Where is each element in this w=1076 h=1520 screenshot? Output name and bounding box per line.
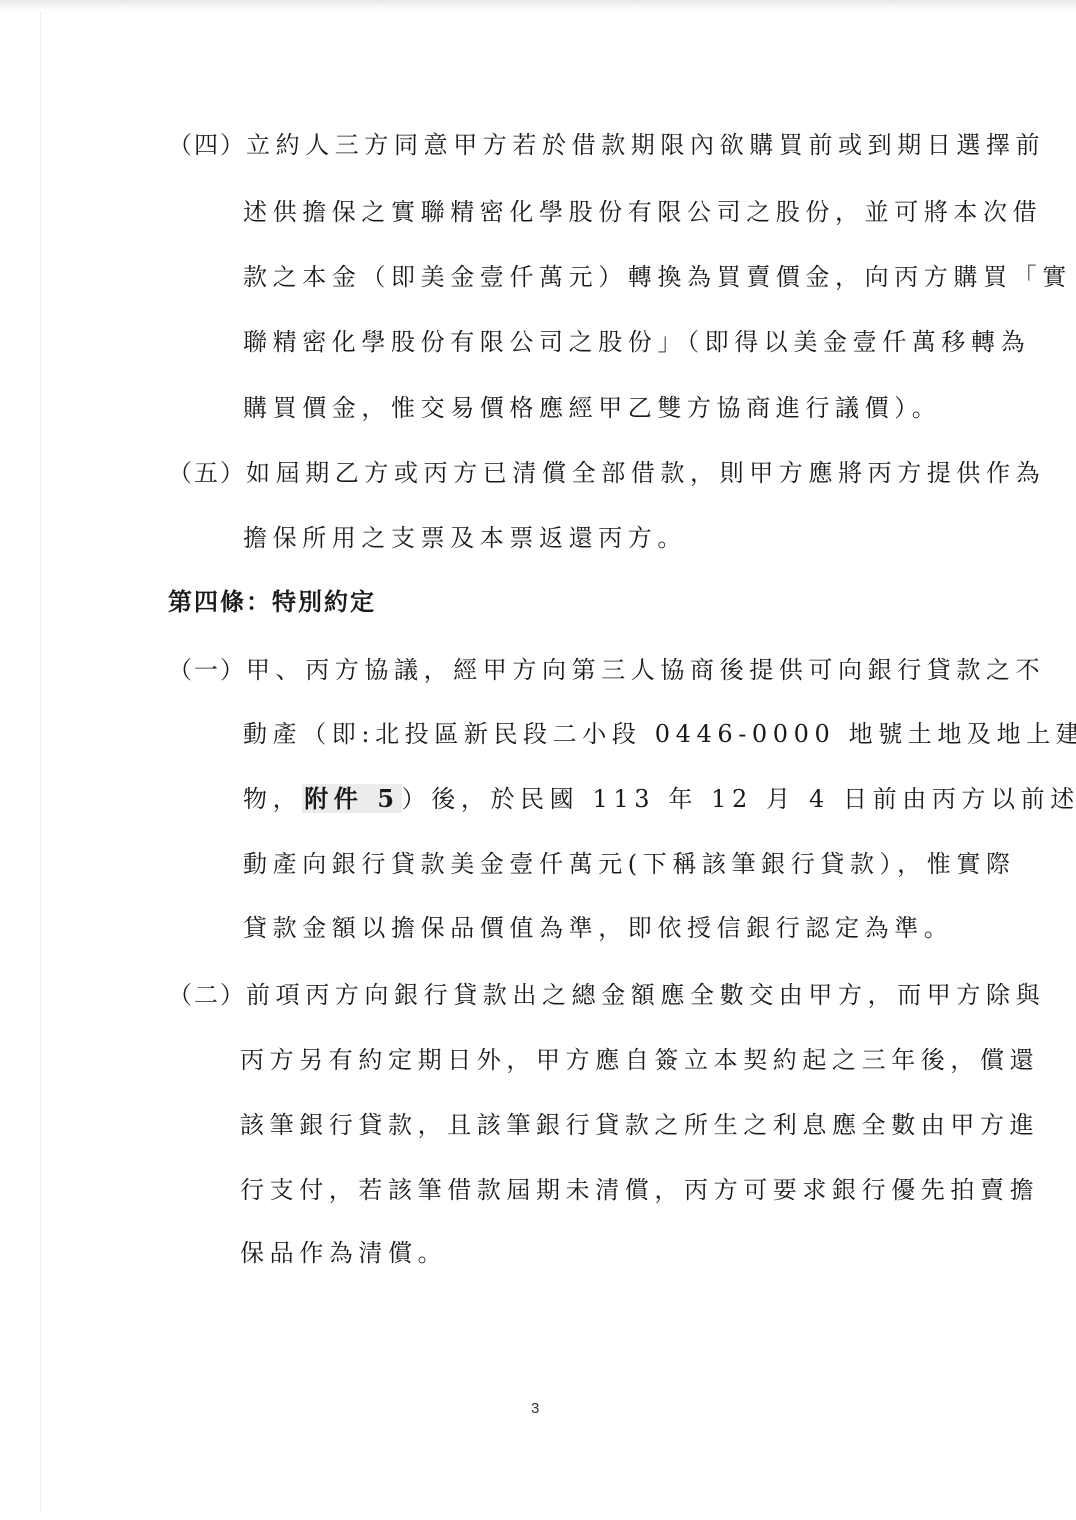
article-item-2-line-4: 行支付，若該筆借款屆期未清償，丙方可要求銀行優先拍賣擔 [240,1175,1039,1205]
article-item-2-line-2: 丙方另有約定期日外，甲方應自簽立本契約起之三年後，償還 [240,1045,1039,1075]
clause-label: （五） [168,458,246,488]
line-suffix: ）後，於民國 113 年 12 月 4 日前由丙方以前述不 [402,785,1076,813]
item-text: 甲、丙方協議，經甲方向第三人協商後提供可向銀行貸款之不 [246,656,1045,684]
item-text: 前項丙方向銀行貸款出之總金額應全數交由甲方，而甲方除與 [246,981,1045,1009]
article-item-1-line-5: 貸款金額以擔保品價值為準，即依授信銀行認定為準。 [243,913,953,943]
article-heading: 第四條：特別約定 [168,587,376,617]
clause-text: 如屆期乙方或丙方已清償全部借款，則甲方應將丙方提供作為 [246,459,1045,487]
clause-text: 立約人三方同意甲方若於借款期限內欲購買前或到期日選擇前 [246,131,1045,159]
item-label: （一） [168,655,246,685]
article-item-1-line-4: 動產向銀行貸款美金壹仟萬元(下稱該筆銀行貸款），惟實際 [243,849,1016,879]
clause-4-line-3: 款之本金（即美金壹仟萬元）轉換為買賣價金，向丙方購買「實 [243,262,1072,292]
clause-4-line-1: （四）立約人三方同意甲方若於借款期限內欲購買前或到期日選擇前 [168,130,1045,160]
clause-5-line-2: 擔保所用之支票及本票返還丙方。 [243,523,687,553]
clause-4-line-2: 述供擔保之實聯精密化學股份有限公司之股份，並可將本次借 [243,197,1042,227]
page-number: 3 [531,1400,539,1417]
article-item-1-line-3: 物，附件 5）後，於民國 113 年 12 月 4 日前由丙方以前述不 [243,784,1076,814]
clause-4-line-5: 購買價金，惟交易價格應經甲乙雙方協商進行議價）。 [243,393,941,423]
article-item-2-line-1: （二）前項丙方向銀行貸款出之總金額應全數交由甲方，而甲方除與 [168,980,1045,1010]
article-item-1-line-2: 動產（即:北投區新民段二小段 0446-0000 地號土地及地上建 [243,719,1076,749]
article-item-2-line-5: 保品作為清償。 [240,1238,447,1268]
article-item-2-line-3: 該筆銀行貸款，且該筆銀行貸款之所生之利息應全數由甲方進 [240,1110,1039,1140]
clause-label: （四） [168,130,246,160]
line-prefix: 物， [243,785,302,813]
item-label: （二） [168,980,246,1010]
attachment-reference: 附件 5 [302,784,401,813]
document-page: （四）立約人三方同意甲方若於借款期限內欲購買前或到期日選擇前 述供擔保之實聯精密… [0,0,1076,1520]
clause-5-line-1: （五）如屆期乙方或丙方已清償全部借款，則甲方應將丙方提供作為 [168,458,1045,488]
article-item-1-line-1: （一）甲、丙方協議，經甲方向第三人協商後提供可向銀行貸款之不 [168,655,1045,685]
clause-4-line-4: 聯精密化學股份有限公司之股份」（即得以美金壹仟萬移轉為 [243,327,1030,357]
